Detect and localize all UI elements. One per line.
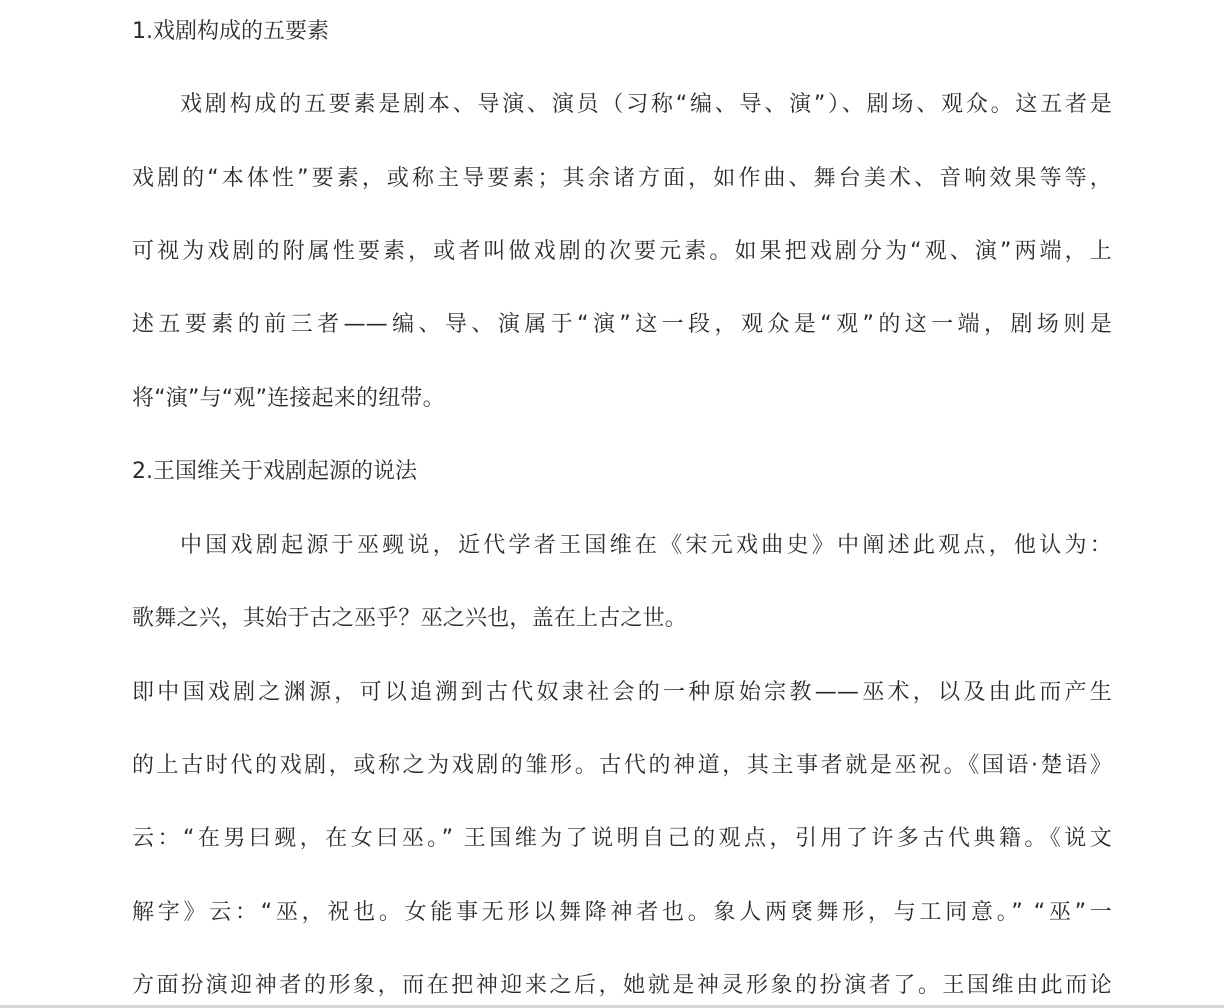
paragraph-line: 云：“在男曰觋，在女曰巫。” 王国维为了说明自己的观点，引用了许多古代典籍。《说… xyxy=(132,824,1112,854)
paragraph-line: 述五要素的前三者——编、导、演属于“演”这一段，观众是“观”的这一端，剧场则是 xyxy=(132,310,1112,340)
paragraph-line: 解字》云：“巫，祝也。女能事无形以舞降神者也。象人两褎舞形，与工同意。” “巫”… xyxy=(132,898,1112,928)
section-heading-1: 1.戏剧构成的五要素 xyxy=(132,17,329,47)
paragraph-line: 中国戏剧起源于巫觋说，近代学者王国维在《宋元戏曲史》中阐述此观点，他认为： xyxy=(180,531,1112,561)
paragraph-line: 戏剧的“本体性”要素，或称主导要素；其余诸方面，如作曲、舞台美术、音响效果等等， xyxy=(132,164,1112,194)
paragraph-line: 方面扮演迎神者的形象，而在把神迎来之后，她就是神灵形象的扮演者了。王国维由此而论 xyxy=(132,971,1112,1001)
document-page: 1.戏剧构成的五要素 戏剧构成的五要素是剧本、导演、演员（习称“编、导、演”）、… xyxy=(0,0,1224,1006)
section-heading-2: 2.王国维关于戏剧起源的说法 xyxy=(132,457,417,487)
paragraph-line: 将“演”与“观”连接起来的纽带。 xyxy=(132,384,1112,414)
paragraph-line: 戏剧构成的五要素是剧本、导演、演员（习称“编、导、演”）、剧场、观众。这五者是 xyxy=(180,90,1112,120)
paragraph-line: 即中国戏剧之渊源，可以追溯到古代奴隶社会的一种原始宗教——巫术，以及由此而产生 xyxy=(132,678,1112,708)
quote-line: 歌舞之兴，其始于古之巫乎？巫之兴也，盖在上古之世。 xyxy=(132,604,1112,634)
paragraph-line: 的上古时代的戏剧，或称之为戏剧的雏形。古代的神道，其主事者就是巫祝。《国语·楚语… xyxy=(132,751,1112,781)
paragraph-line: 可视为戏剧的附属性要素，或者叫做戏剧的次要元素。如果把戏剧分为“观、演”两端，上 xyxy=(132,237,1112,267)
